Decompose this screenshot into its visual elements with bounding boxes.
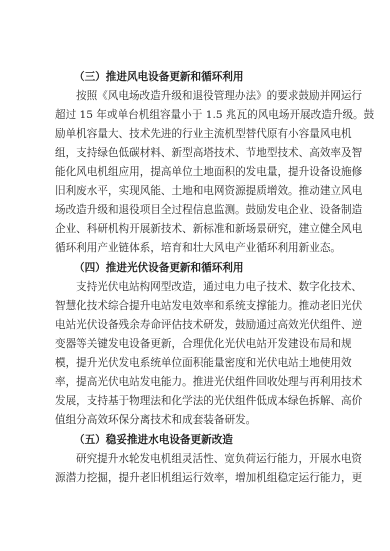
paragraph-line: 能化风电机组应用，提高单位土地面积的发电量，提升设备设施修: [55, 163, 338, 182]
paragraph-line: 变器等关键发电设备更新，合理优化光伏电站开发建设布局和规: [55, 335, 338, 354]
paragraph-line: 发展，支持基于物理法和化学法的光伏组件低成本绿色拆解、高价: [55, 392, 338, 411]
paragraph-line: 值组分高效环保分离技术和成套装备研发。: [55, 411, 338, 430]
paragraph-line: 模，提升光伏发电系统单位面积能量密度和光伏电站土地使用效: [55, 354, 338, 373]
section-heading-hydro: （五）稳妥推进水电设备更新改造: [74, 431, 233, 450]
paragraph-line: 源潜力挖掘，提升老旧机组运行效率，增加机组稳定运行能力，更: [55, 469, 338, 488]
paragraph-line: 企业、科研机构开展新技术、新标准和新场景研究，建立健全风电: [55, 220, 338, 239]
paragraph-line: 率，提高光伏电站发电能力。推进光伏组件回收处理与再利用技术: [55, 373, 338, 392]
paragraph-line: 电站光伏设备残余寿命评估技术研发，鼓励通过高效光伏组件、逆: [55, 316, 338, 335]
paragraph-line: 场改造升级和退役项目全过程信息监测。鼓励发电企业、设备制造: [55, 201, 338, 220]
document-page: （三）推进风电设备更新和循环利用 按照《风电场改造升级和退役管理办法》的要求鼓励…: [0, 0, 390, 551]
paragraph-line: 循环利用产业链体系，培育和壮大风电产业循环利用新业态。: [55, 239, 338, 258]
paragraph-line: 励单机容量大、技术先进的行业主流机型替代原有小容量风电机: [55, 125, 338, 144]
section-heading-wind: （三）推进风电设备更新和循环利用: [74, 68, 244, 87]
section-heading-solar: （四）推进光伏设备更新和循环利用: [74, 259, 244, 278]
paragraph-line: 组，支持绿色低碳材料、新型高塔技术、节地型技术、高效率及智: [55, 144, 338, 163]
paragraph-line: 支持光伏电站构网型改造，通过电力电子技术、数字化技术、: [76, 278, 338, 297]
paragraph-line: 按照《风电场改造升级和退役管理办法》的要求鼓励并网运行: [76, 87, 338, 106]
paragraph-line: 研究提升水轮发电机组灵活性、宽负荷运行能力，开展水电资: [76, 450, 338, 469]
paragraph-line: 智慧化技术综合提升电站发电效率和系统支撑能力。推动老旧光伏: [55, 297, 338, 316]
paragraph-line: 超过 15 年或单台机组容量小于 1.5 兆瓦的风电场开展改造升级。鼓: [55, 106, 338, 125]
paragraph-line: 旧利废水平，实现风能、土地和电网资源提质增效。推动建立风电: [55, 182, 338, 201]
